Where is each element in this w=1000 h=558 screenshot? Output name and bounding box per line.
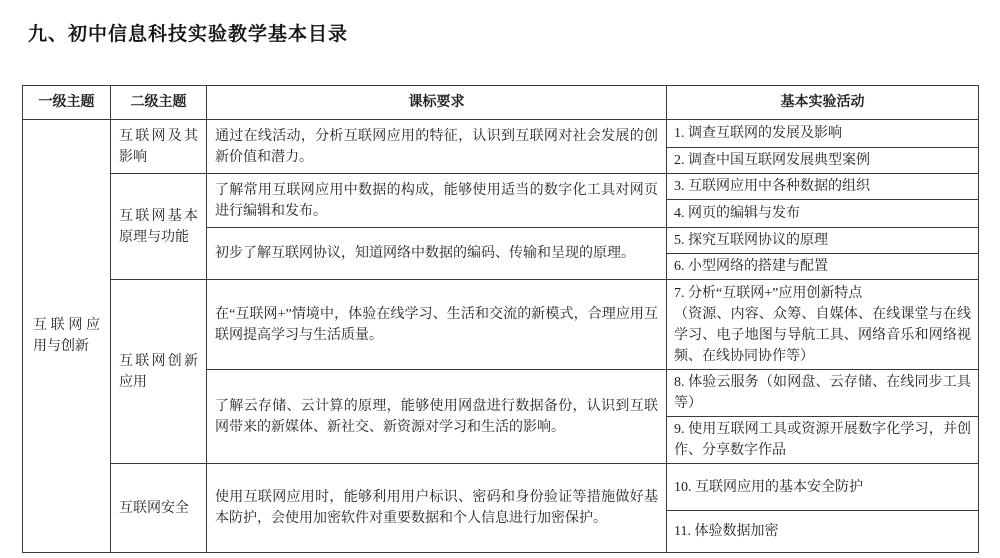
header-level2-topic: 二级主题 [111, 86, 207, 120]
cell-activity-3: 3. 互联网应用中各种数据的组织 [667, 174, 979, 200]
document-page: 九、初中信息科技实验教学基本目录 一级主题 二级主题 课标要求 基本实验活动 互… [0, 0, 1000, 558]
cell-requirement-2: 了解常用互联网应用中数据的构成，能够使用适当的数字化工具对网页进行编辑和发布。 [207, 174, 667, 228]
table-row: 互联网创新应用 在“互联网+”情境中，体验在线学习、生活和交流的新模式，合理应用… [23, 280, 979, 370]
cell-activity-8: 8. 体验云服务（如网盘、云存储、在线同步工具等） [667, 370, 979, 417]
cell-level2-topic-1: 互联网及其影响 [111, 120, 207, 174]
cell-activity-4: 4. 网页的编辑与发布 [667, 200, 979, 228]
catalog-table: 一级主题 二级主题 课标要求 基本实验活动 互联网应用与创新 互联网及其影响 通… [22, 85, 979, 553]
cell-activity-9: 9. 使用互联网工具或资源开展数字化学习，并创作、分享数字作品 [667, 417, 979, 464]
header-activity: 基本实验活动 [667, 86, 979, 120]
cell-level2-topic-3: 互联网创新应用 [111, 280, 207, 464]
cell-requirement-4: 在“互联网+”情境中，体验在线学习、生活和交流的新模式，合理应用互联网提高学习与… [207, 280, 667, 370]
header-requirement: 课标要求 [207, 86, 667, 120]
cell-requirement-6: 使用互联网应用时，能够利用用户标识、密码和身份验证等措施做好基本防护，会使用加密… [207, 464, 667, 553]
cell-level2-topic-4: 互联网安全 [111, 464, 207, 553]
cell-level1-topic: 互联网应用与创新 [23, 120, 111, 553]
cell-activity-7: 7. 分析“互联网+”应用创新特点 （资源、内容、众筹、自媒体、在线课堂与在线学… [667, 280, 979, 370]
cell-activity-1: 1. 调查互联网的发展及影响 [667, 120, 979, 148]
table-header-row: 一级主题 二级主题 课标要求 基本实验活动 [23, 86, 979, 120]
cell-activity-5: 5. 探究互联网协议的原理 [667, 228, 979, 254]
cell-requirement-1: 通过在线活动，分析互联网应用的特征，认识到互联网对社会发展的创新价值和潜力。 [207, 120, 667, 174]
cell-level2-topic-2: 互联网基本原理与功能 [111, 174, 207, 280]
page-title: 九、初中信息科技实验教学基本目录 [28, 19, 348, 46]
cell-activity-6: 6. 小型网络的搭建与配置 [667, 254, 979, 280]
cell-requirement-3: 初步了解互联网协议，知道网络中数据的编码、传输和呈现的原理。 [207, 228, 667, 280]
table-row: 互联网安全 使用互联网应用时，能够利用用户标识、密码和身份验证等措施做好基本防护… [23, 464, 979, 511]
cell-activity-10: 10. 互联网应用的基本安全防护 [667, 464, 979, 511]
header-level1-topic: 一级主题 [23, 86, 111, 120]
cell-activity-11: 11. 体验数据加密 [667, 511, 979, 553]
table-row: 互联网基本原理与功能 了解常用互联网应用中数据的构成，能够使用适当的数字化工具对… [23, 174, 979, 200]
cell-requirement-5: 了解云存储、云计算的原理，能够使用网盘进行数据备份，认识到互联网带来的新媒体、新… [207, 370, 667, 464]
cell-activity-2: 2. 调查中国互联网发展典型案例 [667, 148, 979, 174]
table-row: 互联网应用与创新 互联网及其影响 通过在线活动，分析互联网应用的特征，认识到互联… [23, 120, 979, 148]
